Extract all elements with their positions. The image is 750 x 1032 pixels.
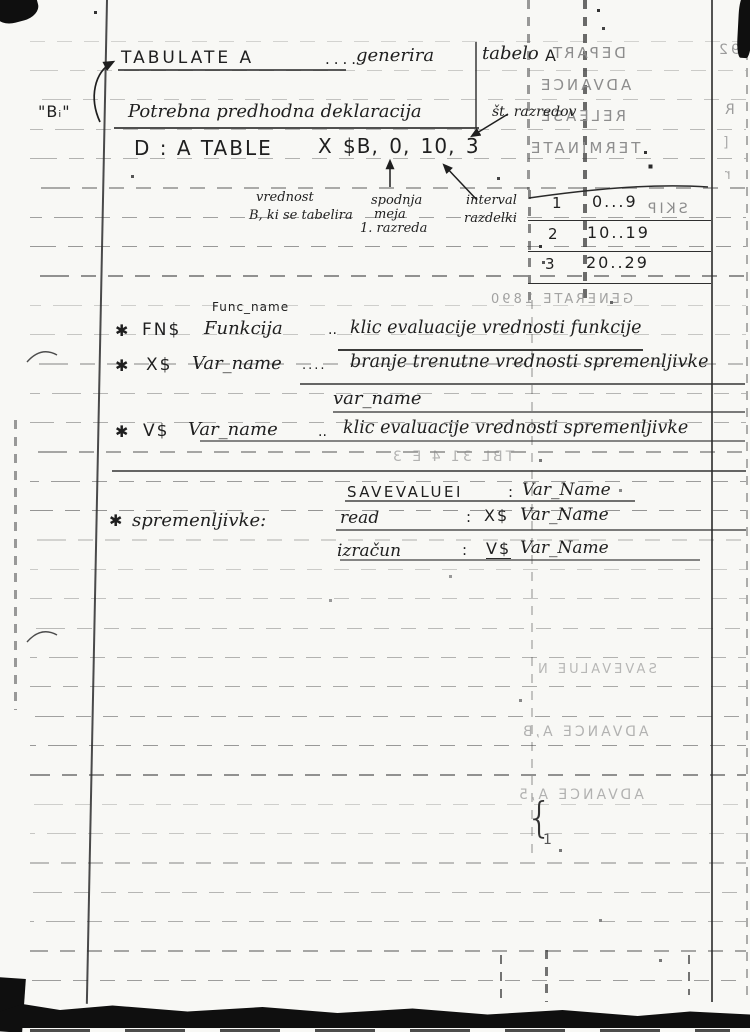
savevalue-colon: : [508,483,513,501]
savevalue-keyword: SAVEVALUEI [347,483,463,501]
table-row-range: 20..29 [586,253,649,272]
v-code: V$ [143,421,169,441]
savevalue-arg: Var_Name [522,480,611,500]
x-description-line2: var_name [333,388,422,409]
read-arg: Var_Name [520,505,609,525]
table-row-range: 10..19 [587,223,650,242]
v-description: klic evaluacije vrednosti spremenljivke [343,418,688,438]
read-label: read [340,508,379,528]
x-name: Var_name [192,353,282,374]
x-description: branje trenutne vrednosti spremenljivke [350,352,709,372]
x-dots: .... [302,358,327,373]
annotation-razdelki: razdelki [464,211,517,226]
v-dots: .. [318,424,327,440]
table-row-num: 1 [552,194,564,212]
annotation-interval: interval [466,193,517,208]
fn-description: klic evaluacije vrednosti funkcije [350,318,641,338]
bullet-asterisk: ✱ [109,511,122,530]
variables-label: spremenljivke: [132,510,266,531]
izracun-colon: : [462,541,467,559]
v-name: Var_name [188,419,278,440]
tabelo-note: tabelo [482,43,539,64]
table-decl-args: X $B, 0, 10, 3 [318,134,480,158]
classes-count-note: št. razredov [492,104,576,120]
tabulate-title: TABULATE A [121,48,254,68]
bullet-asterisk: ✱ [115,422,128,441]
annotation-meja: meja [374,207,406,222]
scan-blob-top-right [736,0,750,58]
generira-note: generira [356,45,434,66]
scanned-notebook-page: TABULATE A ..... generira tabelo A "Bᵢ" … [0,0,750,1032]
func-name-label: Func_name [212,300,289,314]
arrow-bi-to-tabulate [94,62,113,122]
declaration-note: Potrebna predhodna deklaracija [128,101,422,122]
izracun-arg: Var_Name [520,538,609,558]
annotation-razreda: 1. razreda [360,221,427,236]
read-code: X$ [484,506,509,525]
table-row-range: 0...9 [592,192,638,211]
fn-name: Funkcija [204,318,283,339]
left-margin-arc-2 [27,632,57,642]
fn-code: FN$ [142,320,181,340]
read-colon: : [466,508,471,526]
ink-brace-tail: 1 [543,832,552,848]
left-margin-arc-1 [27,352,57,362]
fn-dots: .. [328,322,337,338]
izracun-label: izračun [337,541,401,561]
annotation-b-tabelira: B, ki se tabelira [249,208,353,223]
bullet-asterisk: ✱ [115,321,128,340]
annotation-vrednost: vrednost [256,190,314,205]
tabelo-arg: A [545,46,558,65]
table-decl-code: D : A TABLE [134,136,273,160]
annotation-spodnja: spodnja [371,193,422,208]
table-row-num: 3 [545,255,557,273]
table-row-num: 2 [548,225,560,243]
x-code: X$ [146,355,172,375]
margin-label-bi: "Bᵢ" [38,102,71,121]
bullet-asterisk: ✱ [115,356,128,375]
izracun-code: V$ [486,539,511,559]
